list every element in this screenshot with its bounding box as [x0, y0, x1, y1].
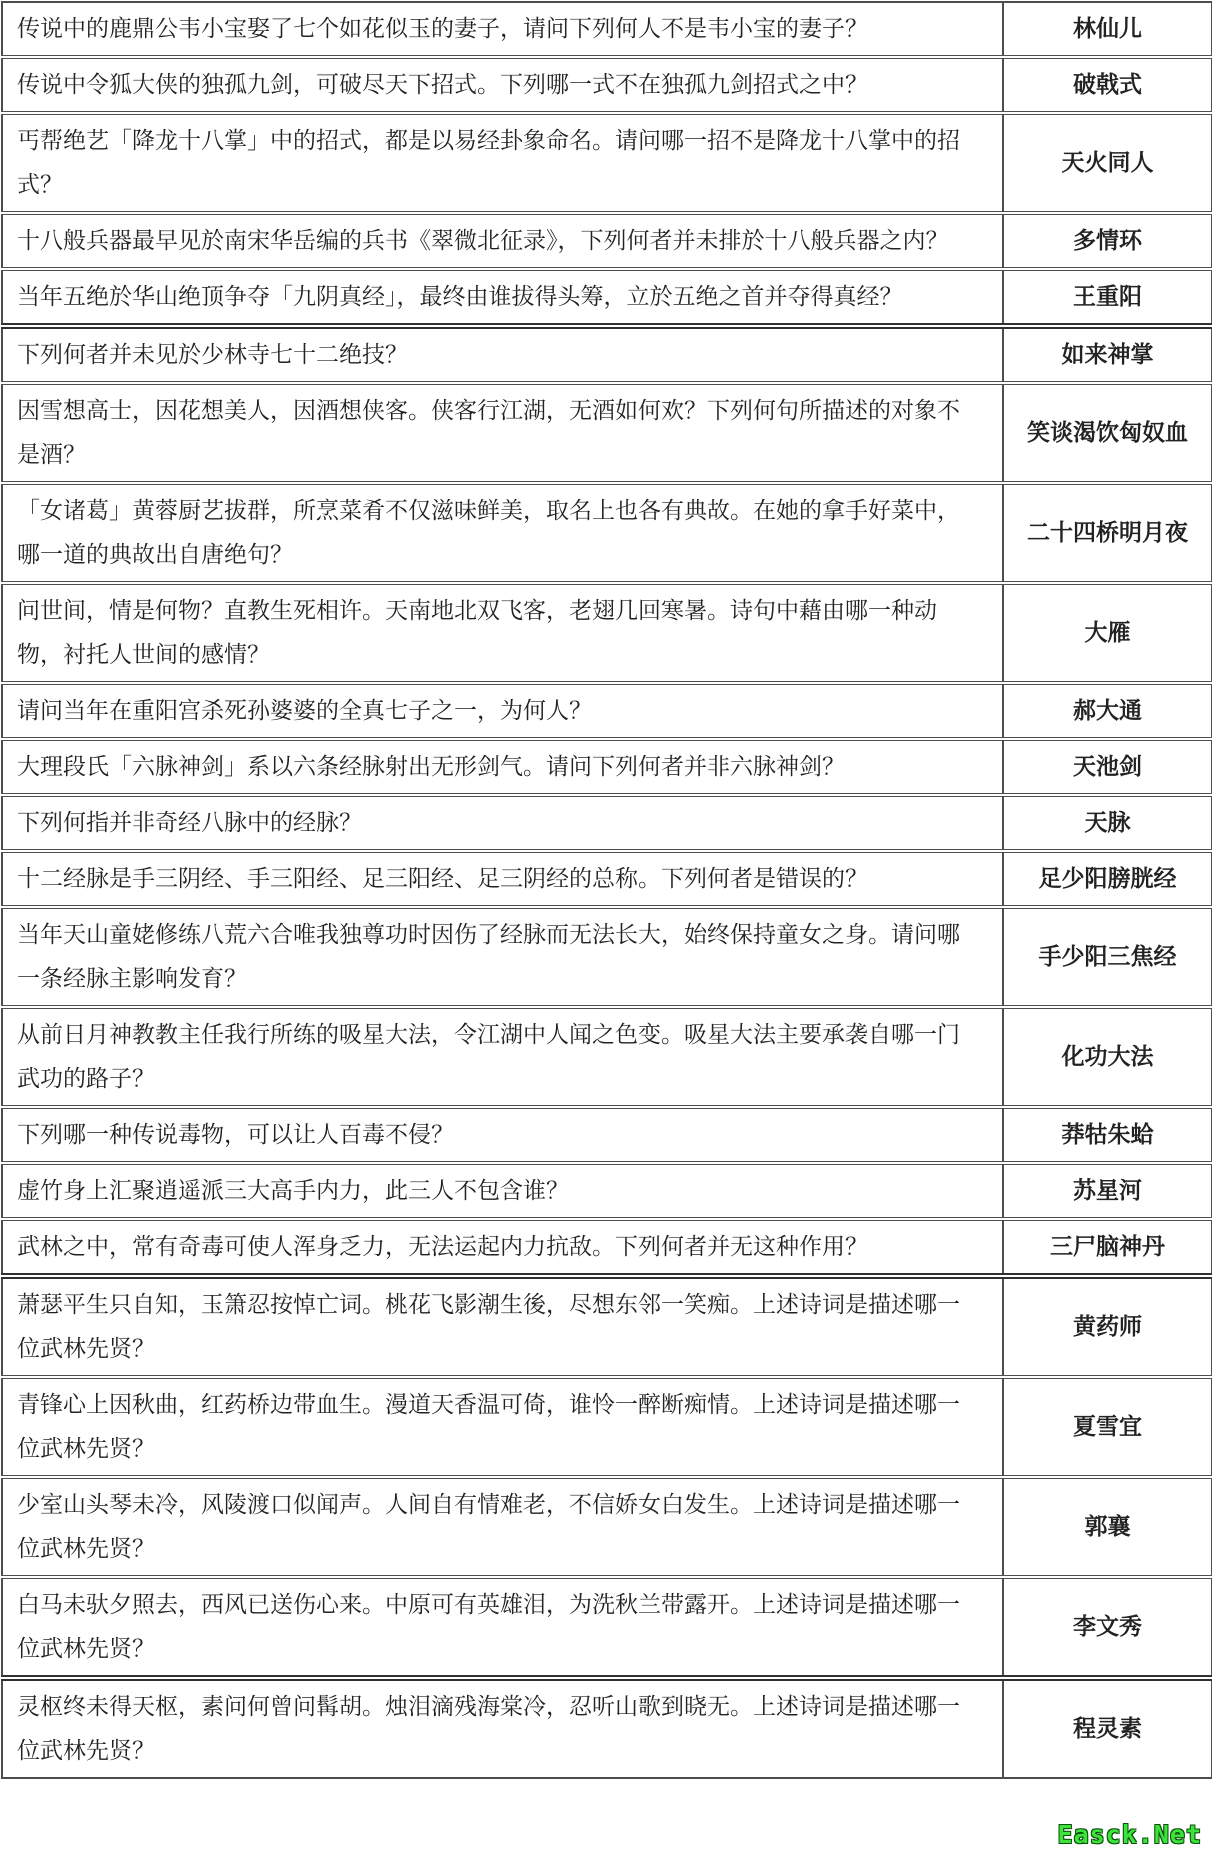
question-cell: 十八般兵器最早见於南宋华岳编的兵书《翠微北征录》，下列何者并未排於十八般兵器之内…: [2, 213, 1003, 269]
question-cell: 武林之中，常有奇毒可使人浑身乏力，无法运起内力抗敌。下列何者并无这种作用？: [2, 1219, 1003, 1276]
quiz-table: 传说中的鹿鼎公韦小宝娶了七个如花似玉的妻子，请问下列何人不是韦小宝的妻子？林仙儿…: [1, 1, 1212, 1779]
table-row: 十八般兵器最早见於南宋华岳编的兵书《翠微北征录》，下列何者并未排於十八般兵器之内…: [2, 213, 1212, 269]
table-row: 虚竹身上汇聚逍遥派三大高手内力，此三人不包含谁？苏星河: [2, 1163, 1212, 1219]
answer-cell: 天池剑: [1003, 739, 1212, 795]
table-row: 灵枢终未得天枢，素问何曾问髯胡。烛泪滴残海棠冷，忍听山歌到晓无。上述诗词是描述哪…: [2, 1678, 1212, 1778]
answer-cell: 林仙儿: [1003, 2, 1212, 57]
answer-cell: 三尸脑神丹: [1003, 1219, 1212, 1276]
question-cell: 萧瑟平生只自知，玉箫忍按悼亡词。桃花飞影潮生後，尽想东邻一笑痴。上述诗词是描述哪…: [2, 1276, 1003, 1377]
question-cell: 大理段氏「六脉神剑」系以六条经脉射出无形剑气。请问下列何者并非六脉神剑？: [2, 739, 1003, 795]
question-cell: 下列何者并未见於少林寺七十二绝技？: [2, 326, 1003, 383]
table-row: 武林之中，常有奇毒可使人浑身乏力，无法运起内力抗敌。下列何者并无这种作用？三尸脑…: [2, 1219, 1212, 1276]
question-cell: 虚竹身上汇聚逍遥派三大高手内力，此三人不包含谁？: [2, 1163, 1003, 1219]
question-cell: 当年天山童姥修练八荒六合唯我独尊功时因伤了经脉而无法长大，始终保持童女之身。请问…: [2, 907, 1003, 1007]
question-cell: 白马未驮夕照去，西风已送伤心来。中原可有英雄泪，为洗秋兰带露开。上述诗词是描述哪…: [2, 1577, 1003, 1678]
answer-cell: 多情环: [1003, 213, 1212, 269]
table-row: 传说中的鹿鼎公韦小宝娶了七个如花似玉的妻子，请问下列何人不是韦小宝的妻子？林仙儿: [2, 2, 1212, 57]
question-cell: 从前日月神教教主任我行所练的吸星大法，令江湖中人闻之色变。吸星大法主要承袭自哪一…: [2, 1007, 1003, 1107]
answer-cell: 天火同人: [1003, 113, 1212, 213]
answer-cell: 化功大法: [1003, 1007, 1212, 1107]
table-row: 白马未驮夕照去，西风已送伤心来。中原可有英雄泪，为洗秋兰带露开。上述诗词是描述哪…: [2, 1577, 1212, 1678]
question-cell: 请问当年在重阳宫杀死孙婆婆的全真七子之一，为何人？: [2, 683, 1003, 739]
answer-cell: 苏星河: [1003, 1163, 1212, 1219]
question-cell: 问世间，情是何物？直教生死相许。天南地北双飞客，老翅几回寒暑。诗句中藉由哪一种动…: [2, 583, 1003, 683]
answer-cell: 夏雪宜: [1003, 1377, 1212, 1477]
table-row: 下列何者并未见於少林寺七十二绝技？如来神掌: [2, 326, 1212, 383]
answer-cell: 破戟式: [1003, 57, 1212, 113]
table-row: 青锋心上因秋曲，红药桥边带血生。漫道天香温可倚，谁怜一醉断痴情。上述诗词是描述哪…: [2, 1377, 1212, 1477]
answer-cell: 李文秀: [1003, 1577, 1212, 1678]
answer-cell: 程灵素: [1003, 1678, 1212, 1778]
question-cell: 因雪想高士，因花想美人，因酒想侠客。侠客行江湖，无酒如何欢？下列何句所描述的对象…: [2, 383, 1003, 483]
table-row: 少室山头琴未冷，风陵渡口似闻声。人间自有情难老，不信娇女白发生。上述诗词是描述哪…: [2, 1477, 1212, 1577]
answer-cell: 足少阳膀胱经: [1003, 851, 1212, 907]
table-row: 十二经脉是手三阴经、手三阳经、足三阳经、足三阴经的总称。下列何者是错误的？足少阳…: [2, 851, 1212, 907]
answer-cell: 莽牯朱蛤: [1003, 1107, 1212, 1163]
table-row: 传说中令狐大侠的独孤九剑，可破尽天下招式。下列哪一式不在独孤九剑招式之中？破戟式: [2, 57, 1212, 113]
question-cell: 十二经脉是手三阴经、手三阳经、足三阳经、足三阴经的总称。下列何者是错误的？: [2, 851, 1003, 907]
table-row: 下列何指并非奇经八脉中的经脉？天脉: [2, 795, 1212, 851]
answer-cell: 王重阳: [1003, 269, 1212, 326]
question-cell: 当年五绝於华山绝顶争夺「九阴真经」，最终由谁拔得头筹，立於五绝之首并夺得真经？: [2, 269, 1003, 326]
table-row: 问世间，情是何物？直教生死相许。天南地北双飞客，老翅几回寒暑。诗句中藉由哪一种动…: [2, 583, 1212, 683]
question-cell: 传说中的鹿鼎公韦小宝娶了七个如花似玉的妻子，请问下列何人不是韦小宝的妻子？: [2, 2, 1003, 57]
question-cell: 下列何指并非奇经八脉中的经脉？: [2, 795, 1003, 851]
answer-cell: 郭襄: [1003, 1477, 1212, 1577]
answer-cell: 如来神掌: [1003, 326, 1212, 383]
question-cell: 少室山头琴未冷，风陵渡口似闻声。人间自有情难老，不信娇女白发生。上述诗词是描述哪…: [2, 1477, 1003, 1577]
table-row: 「女诸葛」黄蓉厨艺拔群，所烹菜肴不仅滋味鲜美，取名上也各有典故。在她的拿手好菜中…: [2, 483, 1212, 583]
table-row: 因雪想高士，因花想美人，因酒想侠客。侠客行江湖，无酒如何欢？下列何句所描述的对象…: [2, 383, 1212, 483]
answer-cell: 笑谈渴饮匈奴血: [1003, 383, 1212, 483]
table-row: 大理段氏「六脉神剑」系以六条经脉射出无形剑气。请问下列何者并非六脉神剑？天池剑: [2, 739, 1212, 795]
question-cell: 丐帮绝艺「降龙十八掌」中的招式，都是以易经卦象命名。请问哪一招不是降龙十八掌中的…: [2, 113, 1003, 213]
table-row: 丐帮绝艺「降龙十八掌」中的招式，都是以易经卦象命名。请问哪一招不是降龙十八掌中的…: [2, 113, 1212, 213]
answer-cell: 大雁: [1003, 583, 1212, 683]
watermark: Easck.Net: [1058, 1820, 1202, 1849]
table-row: 萧瑟平生只自知，玉箫忍按悼亡词。桃花飞影潮生後，尽想东邻一笑痴。上述诗词是描述哪…: [2, 1276, 1212, 1377]
answer-cell: 郝大通: [1003, 683, 1212, 739]
answer-cell: 二十四桥明月夜: [1003, 483, 1212, 583]
table-row: 从前日月神教教主任我行所练的吸星大法，令江湖中人闻之色变。吸星大法主要承袭自哪一…: [2, 1007, 1212, 1107]
table-row: 请问当年在重阳宫杀死孙婆婆的全真七子之一，为何人？郝大通: [2, 683, 1212, 739]
answer-cell: 天脉: [1003, 795, 1212, 851]
table-row: 当年五绝於华山绝顶争夺「九阴真经」，最终由谁拔得头筹，立於五绝之首并夺得真经？王…: [2, 269, 1212, 326]
answer-cell: 黄药师: [1003, 1276, 1212, 1377]
table-row: 当年天山童姥修练八荒六合唯我独尊功时因伤了经脉而无法长大，始终保持童女之身。请问…: [2, 907, 1212, 1007]
table-row: 下列哪一种传说毒物，可以让人百毒不侵？莽牯朱蛤: [2, 1107, 1212, 1163]
question-cell: 「女诸葛」黄蓉厨艺拔群，所烹菜肴不仅滋味鲜美，取名上也各有典故。在她的拿手好菜中…: [2, 483, 1003, 583]
question-cell: 青锋心上因秋曲，红药桥边带血生。漫道天香温可倚，谁怜一醉断痴情。上述诗词是描述哪…: [2, 1377, 1003, 1477]
question-cell: 传说中令狐大侠的独孤九剑，可破尽天下招式。下列哪一式不在独孤九剑招式之中？: [2, 57, 1003, 113]
question-cell: 灵枢终未得天枢，素问何曾问髯胡。烛泪滴残海棠冷，忍听山歌到晓无。上述诗词是描述哪…: [2, 1678, 1003, 1778]
answer-cell: 手少阳三焦经: [1003, 907, 1212, 1007]
question-cell: 下列哪一种传说毒物，可以让人百毒不侵？: [2, 1107, 1003, 1163]
